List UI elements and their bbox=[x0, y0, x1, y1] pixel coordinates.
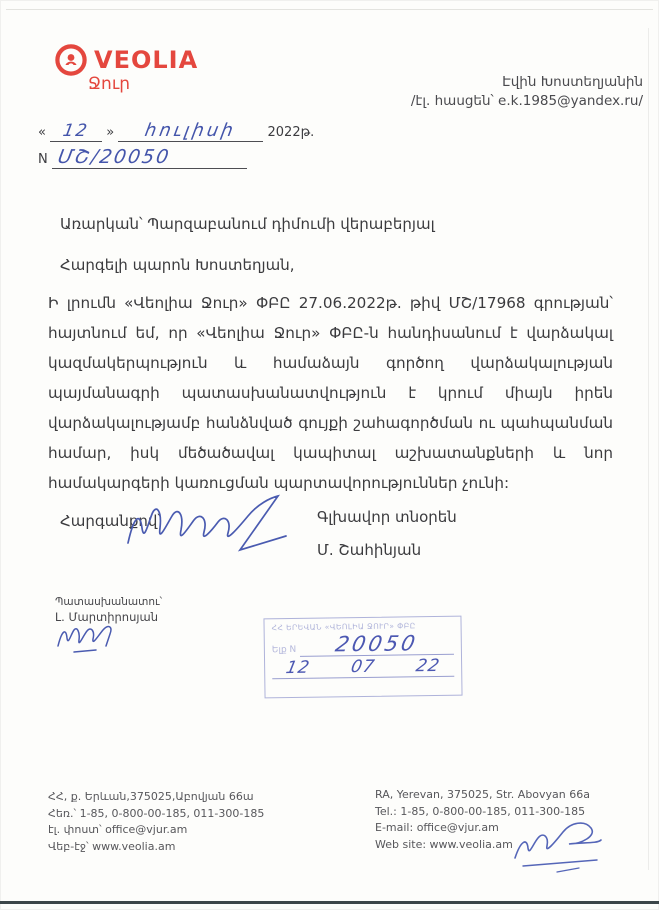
recipient-email: /էլ. հասցեն՝ e.k.1985@yandex.ru/ bbox=[313, 92, 643, 111]
closing-name: Մ. Շահինյան bbox=[317, 541, 421, 559]
number-line: N ՄՇ/20050 bbox=[38, 146, 247, 169]
date-open-quote: « bbox=[38, 125, 46, 140]
veolia-logo-subtitle: Ջուր bbox=[88, 74, 130, 94]
footer-armenian-block: ՀՀ, ք. Երևան,375025,Աբովյան 66ա Հեռ.՝ 1-… bbox=[48, 789, 264, 855]
date-month-underline: հուլիսի bbox=[118, 120, 263, 142]
recipient-name: Էվին Խոստեղյանին bbox=[313, 73, 643, 92]
date-line: « 12 » հուլիսի 2022թ. bbox=[38, 120, 314, 142]
stamp-header-text: ՀՀ ԵՐԵՎԱՆ «ՎԵՈԼԻԱ ՋՈՒՐ» ՓԲԸ bbox=[272, 621, 454, 633]
stamp-number-label: Ելք N bbox=[272, 645, 297, 657]
handwritten-number: ՄՇ/20050 bbox=[56, 146, 172, 168]
scan-edge-right bbox=[648, 28, 649, 870]
stamp-handwritten-number: 20050 bbox=[334, 632, 420, 655]
footer-web-am: Վեբ-էջ՝ www.veolia.am bbox=[48, 839, 264, 856]
scan-edge-top bbox=[6, 9, 653, 10]
director-signature bbox=[120, 488, 295, 567]
salutation-line: Հարգելի պարոն Խոստեղյան, bbox=[60, 256, 295, 274]
recipient-block: Էվին Խոստեղյանին /էլ. հասցեն՝ e.k.1985@y… bbox=[313, 73, 643, 111]
footer-email-am: էլ. փոստ՝ office@vjur.am bbox=[48, 822, 264, 839]
date-year: 2022թ. bbox=[268, 125, 315, 140]
footer-phone-am: Հեռ.՝ 1-85, 0-800-00-185, 011-300-185 bbox=[48, 806, 264, 823]
stamp-handwritten-month: 07 bbox=[349, 657, 377, 677]
scan-edge-bottom bbox=[0, 901, 659, 904]
stamp-date-row: 12 07 22 bbox=[272, 656, 454, 680]
veolia-logo-icon bbox=[55, 44, 87, 76]
handwritten-day: 12 bbox=[62, 121, 91, 141]
stamp-number-row: Ելք N 20050 bbox=[272, 632, 454, 658]
number-prefix: N bbox=[38, 152, 48, 167]
footer-address-en: RA, Yerevan, 375025, Str. Abovyan 66a bbox=[375, 787, 590, 804]
stamp-handwritten-day: 12 bbox=[284, 658, 312, 678]
scanned-letter-page: VEOLIA Ջուր Էվին Խոստեղյանին /էլ. հասցեն… bbox=[0, 0, 659, 910]
footer-initials-signature bbox=[505, 818, 610, 882]
number-underline: ՄՇ/20050 bbox=[52, 146, 247, 169]
subject-line: Առարկան՝ Պարզաբանում դիմումի վերաբերյալ bbox=[60, 215, 435, 233]
stamp-handwritten-year: 22 bbox=[414, 656, 442, 676]
veolia-logo: VEOLIA bbox=[55, 44, 198, 76]
date-close-quote: » bbox=[106, 125, 114, 140]
registry-stamp: ՀՀ ԵՐԵՎԱՆ «ՎԵՈԼԻԱ ՋՈՒՐ» ՓԲԸ Ելք N 20050 … bbox=[263, 616, 462, 699]
footer-address-am: ՀՀ, ք. Երևան,375025,Աբովյան 66ա bbox=[48, 789, 264, 806]
letter-body: Ի լրումն «Վեոլիա Ջուր» ՓԲԸ 27.06.2022թ. … bbox=[48, 288, 613, 498]
responsible-signature bbox=[52, 618, 132, 664]
date-day-underline: 12 bbox=[50, 121, 102, 142]
closing-title: Գլխավոր տնօրեն bbox=[317, 508, 457, 526]
veolia-logo-wordmark: VEOLIA bbox=[94, 46, 198, 74]
stamp-number-underline: 20050 bbox=[300, 632, 454, 657]
responsible-label: Պատասխանատու՝ bbox=[55, 596, 162, 608]
handwritten-month: հուլիսի bbox=[144, 120, 238, 141]
